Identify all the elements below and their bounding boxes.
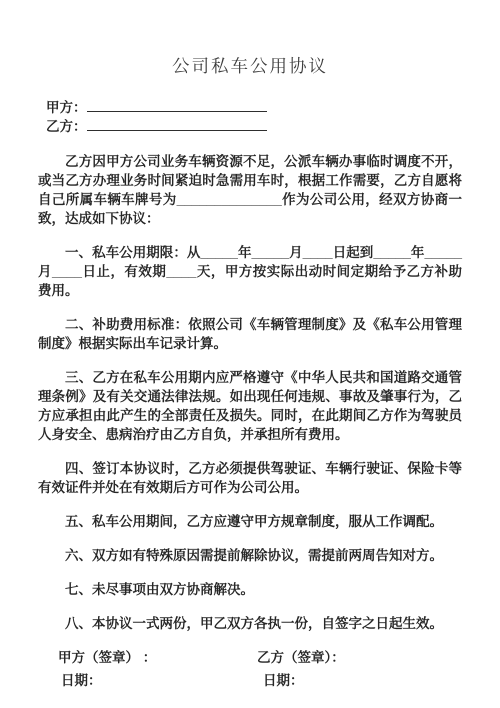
clause-8: 八、本协议一式两份，甲乙双方各执一份，自签字之日起生效。: [38, 614, 462, 633]
clause-7: 七、未尽事项由双方协商解决。: [38, 580, 462, 599]
party-a-signature-label: 甲方（签章） ：: [58, 648, 257, 667]
clause-6: 六、双方如有特殊原因需提前解除协议，需提前两周告知对方。: [38, 546, 462, 565]
document-title: 公司私车公用协议: [38, 54, 462, 78]
clause-3: 三、乙方在私车公用期内应严格遵守《中华人民共和国道路交通管理条例》及有关交通法律…: [38, 368, 462, 444]
agreement-document: 公司私车公用协议 甲方： 乙方： 乙方因甲方公司业务车辆资源不足，公派车辆办事临…: [0, 0, 500, 708]
signature-row: 甲方（签章） ：乙方（签章）：: [38, 648, 462, 667]
party-a-blank-line: [87, 98, 267, 112]
party-b-blank-line: [87, 117, 267, 131]
clause-4: 四、签订本协议时，乙方必须提供驾驶证、车辆行驶证、保险卡等有效证件并处在有效期后…: [38, 459, 462, 497]
party-b-date-label: 日期：: [263, 673, 304, 688]
clause-5: 五、私车公用期间，乙方应遵守甲方规章制度，服从工作调配。: [38, 512, 462, 531]
party-lines: 甲方： 乙方：: [38, 98, 462, 136]
party-a-line: 甲方：: [46, 98, 462, 117]
party-a-date-label: 日期：: [61, 671, 263, 690]
party-b-line: 乙方：: [46, 117, 462, 136]
intro-paragraph: 乙方因甲方公司业务车辆资源不足，公派车辆办事临时调度不开，或当乙方办理业务时间紧…: [38, 152, 462, 228]
party-b-label: 乙方：: [46, 119, 87, 134]
party-a-label: 甲方：: [46, 100, 87, 115]
clause-1: 一、私车公用期限：从_____年_____月____日起到_____年_____…: [38, 243, 462, 300]
clause-2: 二、补助费用标准：依照公司《车辆管理制度》及《私车公用管理制度》根据实际出车记录…: [38, 315, 462, 353]
party-b-signature-label: 乙方（签章）：: [257, 650, 345, 665]
date-row: 日期：日期：: [38, 671, 462, 690]
